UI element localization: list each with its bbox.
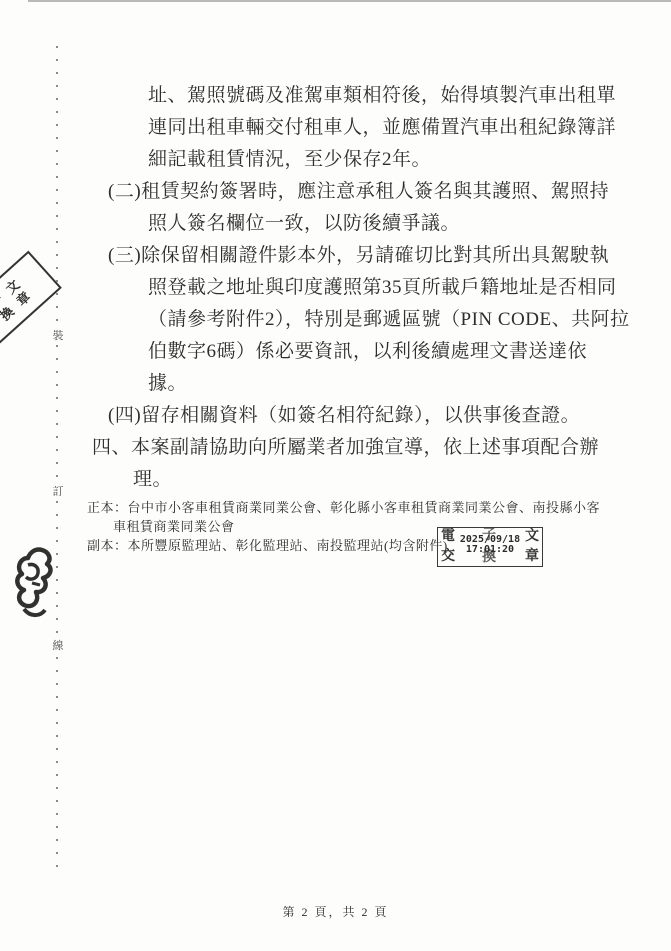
recipients-original-label: 正本： — [87, 500, 128, 515]
body-line: 細記載租賃情況，至少保存2年。 — [0, 147, 650, 179]
body-text: 址、駕照號碼及准駕車類相符後，始得填製汽車出租單連同出租車輛交付租車人，並應備置… — [0, 83, 650, 499]
body-line: 四、本案副請協助向所屬業者加強宣導，依上述事項配合辦 — [0, 435, 650, 467]
electronic-exchange-stamp: 電 子 文 交 換 章 2025/09/18 17:01:20 — [437, 527, 543, 567]
recipients-copy-text: 本所豐原監理站、彰化監理站、南投監理站(均含附件) — [128, 538, 448, 553]
page-number-footer: 第 2 頁，共 2 頁 — [0, 903, 671, 920]
recipients-original-line2: 車租賃商業同業公會 — [87, 517, 627, 536]
body-line: 照人簽名欄位一致，以防後續爭議。 — [0, 211, 650, 243]
body-line: (二)租賃契約簽署時，應注意承租人簽名與其護照、駕照持 — [0, 179, 650, 211]
recipients-copy-label: 副本： — [87, 538, 128, 553]
body-line: 據。 — [0, 371, 650, 403]
body-line: 連同出租車輛交付租車人，並應備置汽車出租紀錄簿詳 — [0, 115, 650, 147]
scan-artifact-top-edge — [28, 0, 671, 2]
ink-blob-stamp — [12, 547, 56, 629]
body-line: （請參考附件2），特別是郵遞區號（PIN CODE、共阿拉 — [0, 307, 650, 339]
binding-mark-xian: 線 — [51, 640, 65, 653]
recipients-block: 正本：台中市小客車租賃商業同業公會、彰化縣小客車租賃商業同業公會、南投縣小客 車… — [87, 498, 627, 555]
body-line: 理。 — [0, 467, 650, 499]
body-line: 伯數字6碼）係必要資訊，以利後續處理文書送達依 — [0, 339, 650, 371]
recipients-original-line1: 正本：台中市小客車租賃商業同業公會、彰化縣小客車租賃商業同業公會、南投縣小客 — [87, 498, 627, 517]
body-line: (三)除保留相關證件影本外，另請確切比對其所出具駕駛執 — [0, 243, 650, 275]
body-line: (四)留存相關資料（如簽名相符紀錄），以供事後查證。 — [0, 403, 650, 435]
body-line: 址、駕照號碼及准駕車類相符後，始得填製汽車出租單 — [0, 83, 650, 115]
body-line: 照登載之地址與印度護照第35頁所載戶籍地址是否相同 — [0, 275, 650, 307]
recipients-original-text: 台中市小客車租賃商業同業公會、彰化縣小客車租賃商業同業公會、南投縣小客 — [128, 500, 601, 515]
recipients-copy-line: 副本：本所豐原監理站、彰化監理站、南投監理站(均含附件) — [87, 536, 627, 555]
stamp-time: 17:01:20 — [438, 544, 542, 555]
document-page: 裝 訂 線 電子文 交換章 址、駕照號碼及准駕車類相符後，始得填製汽車出租單連同… — [0, 0, 671, 951]
